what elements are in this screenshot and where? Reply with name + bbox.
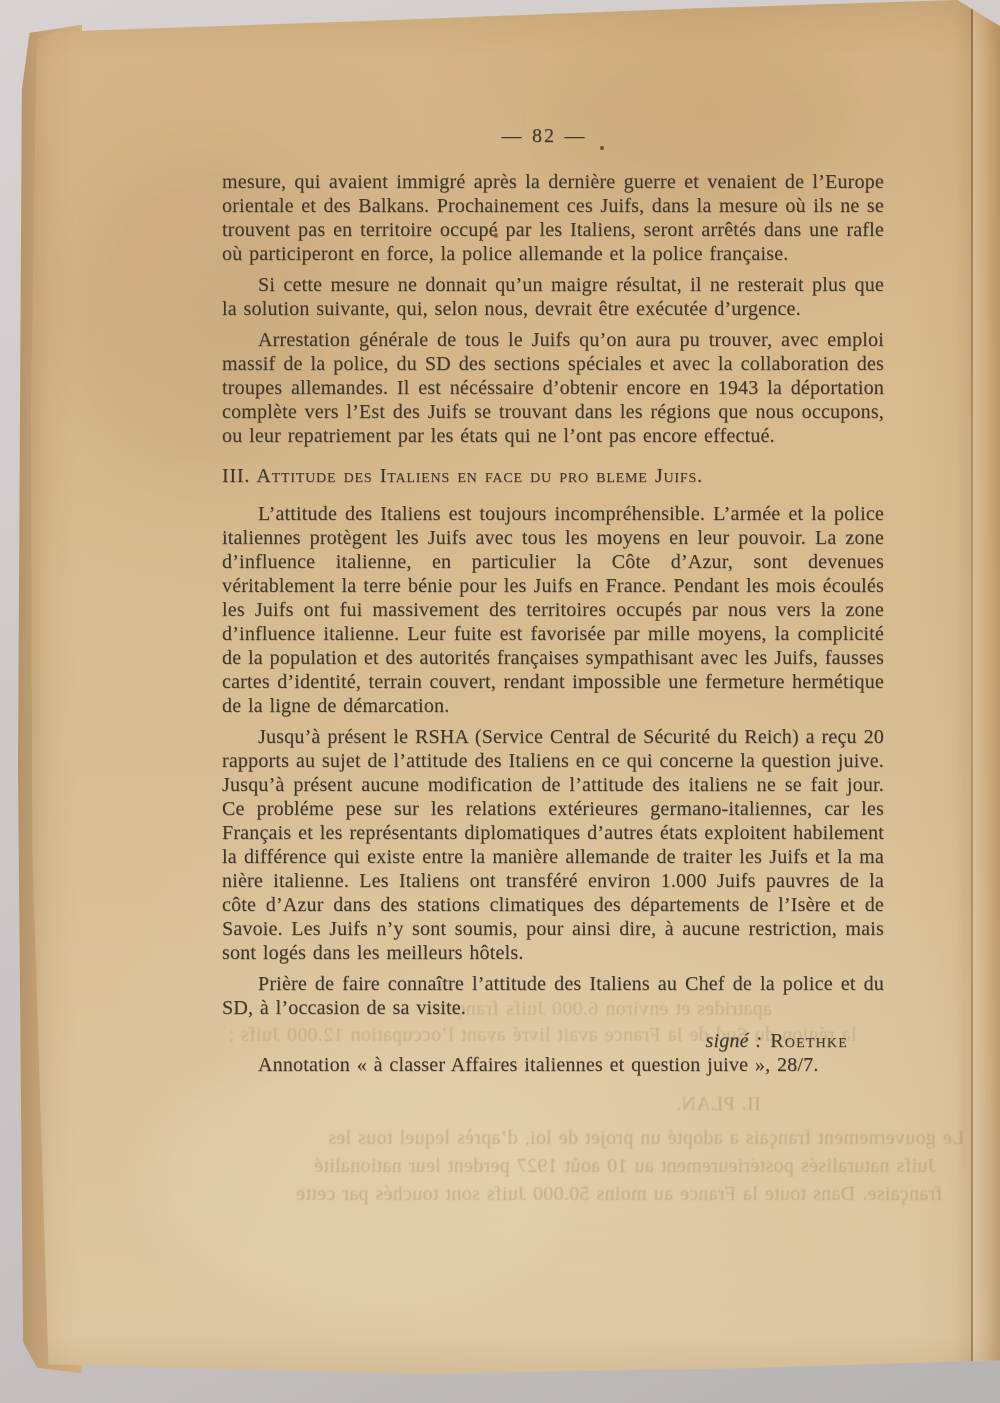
signature-label: signé : bbox=[705, 1030, 762, 1052]
bleedthrough-line: Le gouvernement français a adopté un pro… bbox=[328, 1127, 964, 1150]
facing-page-sliver bbox=[973, 0, 1000, 1374]
section-heading: III. Attitude des Italiens en face du pr… bbox=[222, 464, 884, 488]
paragraph: L’attitude des Italiens est toujours inc… bbox=[222, 502, 884, 718]
paper-speck bbox=[866, 904, 869, 907]
signature-line: signé :Roethke bbox=[222, 1029, 848, 1053]
paragraph: Jusqu’à présent le RSHA (Service Central… bbox=[222, 725, 884, 965]
paragraph: Prière de faire connaître l’attitude des… bbox=[222, 972, 884, 1020]
paragraph: Si cette mesure ne donnait qu’un maigre … bbox=[222, 273, 884, 321]
paper-speck bbox=[600, 146, 604, 150]
bleedthrough-line: française. Dans toute la France au moins… bbox=[296, 1183, 942, 1206]
annotation-line: Annotation « à classer Affaires italienn… bbox=[222, 1053, 884, 1077]
bleedthrough-line: II. PLAN. bbox=[676, 1093, 761, 1116]
paragraph-continuation: mesure, qui avaient immigré après la der… bbox=[222, 170, 884, 266]
paragraph: Arrestation générale de tous le Juifs qu… bbox=[222, 328, 884, 448]
text-block: — 82 — mesure, qui avaient immigré après… bbox=[222, 124, 884, 1084]
document-page: apatrides et environ 6.000 Juifs françai… bbox=[28, 0, 1000, 1374]
signature-name: Roethke bbox=[770, 1030, 848, 1052]
paper-speck bbox=[494, 233, 498, 238]
scanned-document: { "page": { "number": "82", "number_disp… bbox=[0, 0, 1000, 1403]
bleedthrough-line: Juifs naturalisés postérieurement au 10 … bbox=[314, 1155, 936, 1178]
paper-stain bbox=[148, 1050, 568, 1310]
page-number: — 82 — bbox=[204, 124, 884, 148]
